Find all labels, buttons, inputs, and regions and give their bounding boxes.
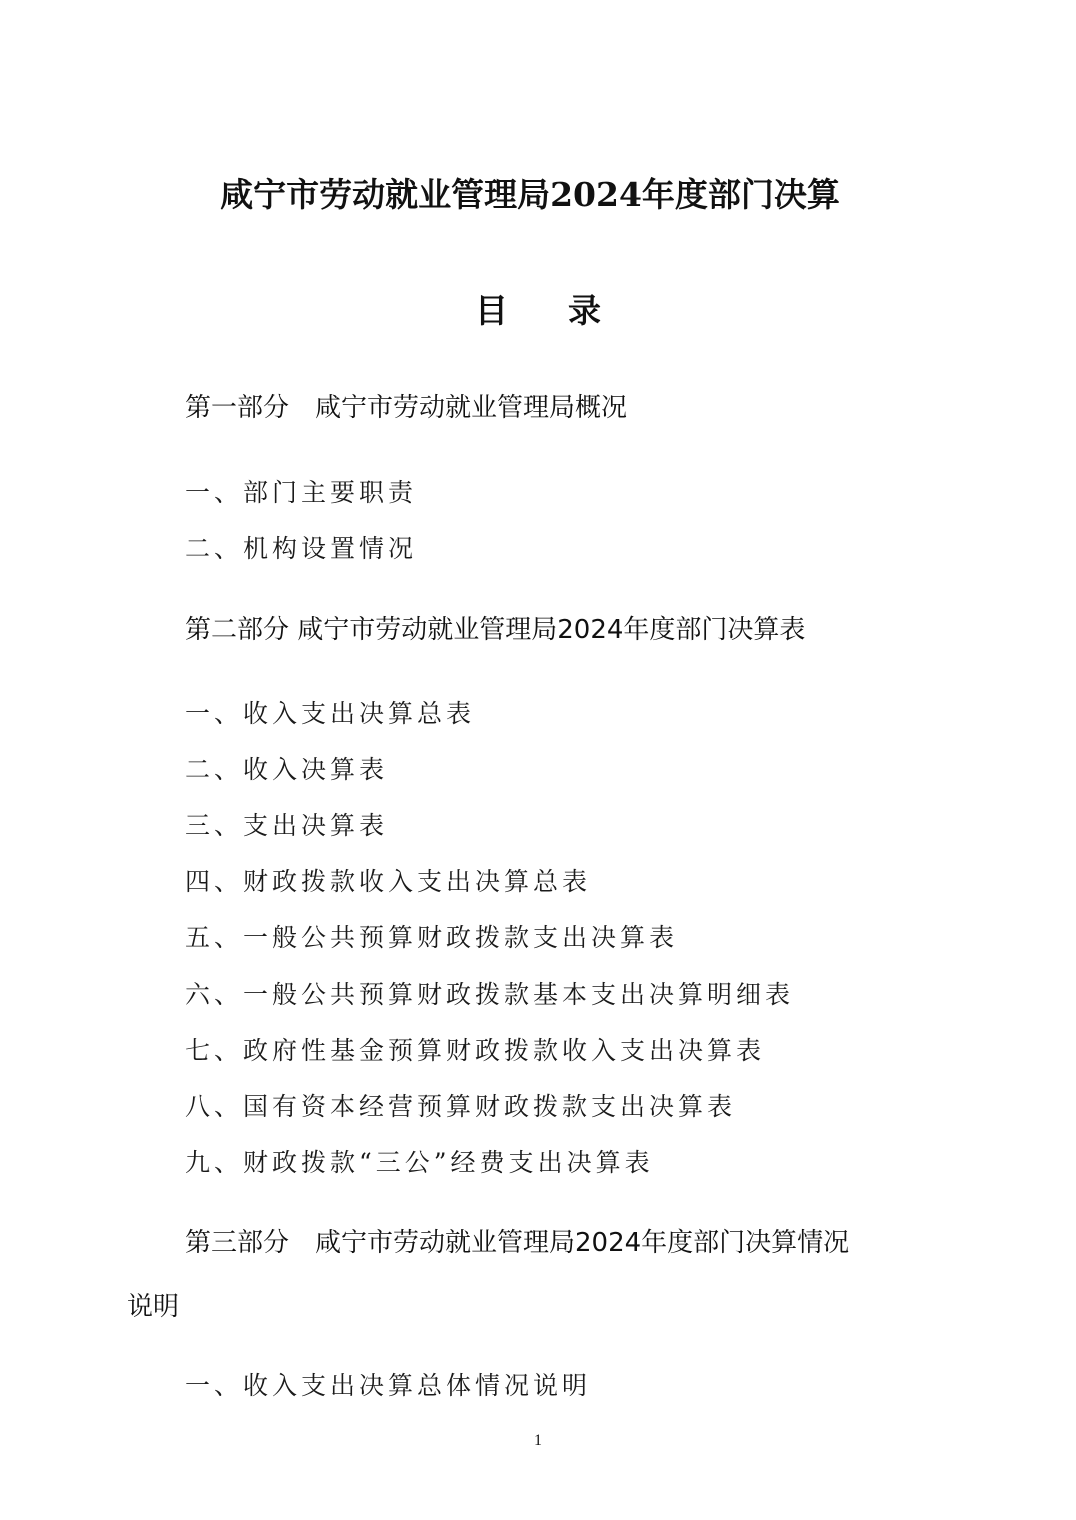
toc-item: 四、财政拨款收入支出决算总表 bbox=[185, 862, 591, 902]
toc-item: 一、部门主要职责 bbox=[185, 473, 417, 513]
toc-item: 七、政府性基金预算财政拨款收入支出决算表 bbox=[185, 1031, 765, 1071]
toc-item: 九、财政拨款“三公”经费支出决算表 bbox=[185, 1143, 654, 1183]
page-number: 1 bbox=[0, 1432, 1076, 1450]
part3-heading-line1: 第三部分 咸宁市劳动就业管理局2024年度部门决算情况 bbox=[185, 1223, 849, 1263]
toc-item: 二、收入决算表 bbox=[185, 750, 388, 790]
toc-heading-char-1: 目 bbox=[475, 286, 508, 336]
part1-heading: 第一部分 咸宁市劳动就业管理局概况 bbox=[185, 388, 627, 428]
part2-heading: 第二部分 咸宁市劳动就业管理局2024年度部门决算表 bbox=[185, 610, 805, 650]
toc-item: 一、收入支出决算总体情况说明 bbox=[185, 1366, 591, 1406]
toc-item: 三、支出决算表 bbox=[185, 806, 388, 846]
part3-heading-line2: 说明 bbox=[127, 1287, 179, 1327]
toc-heading: 目录 bbox=[0, 286, 1076, 336]
toc-item: 五、一般公共预算财政拨款支出决算表 bbox=[185, 918, 678, 958]
toc-item: 一、收入支出决算总表 bbox=[185, 694, 475, 734]
toc-item: 六、一般公共预算财政拨款基本支出决算明细表 bbox=[185, 975, 794, 1015]
document-title: 咸宁市劳动就业管理局2024年度部门决算 bbox=[0, 170, 1068, 220]
toc-item: 二、机构设置情况 bbox=[185, 529, 417, 569]
toc-item: 八、国有资本经营预算财政拨款支出决算表 bbox=[185, 1087, 736, 1127]
toc-heading-char-2: 录 bbox=[568, 286, 601, 336]
